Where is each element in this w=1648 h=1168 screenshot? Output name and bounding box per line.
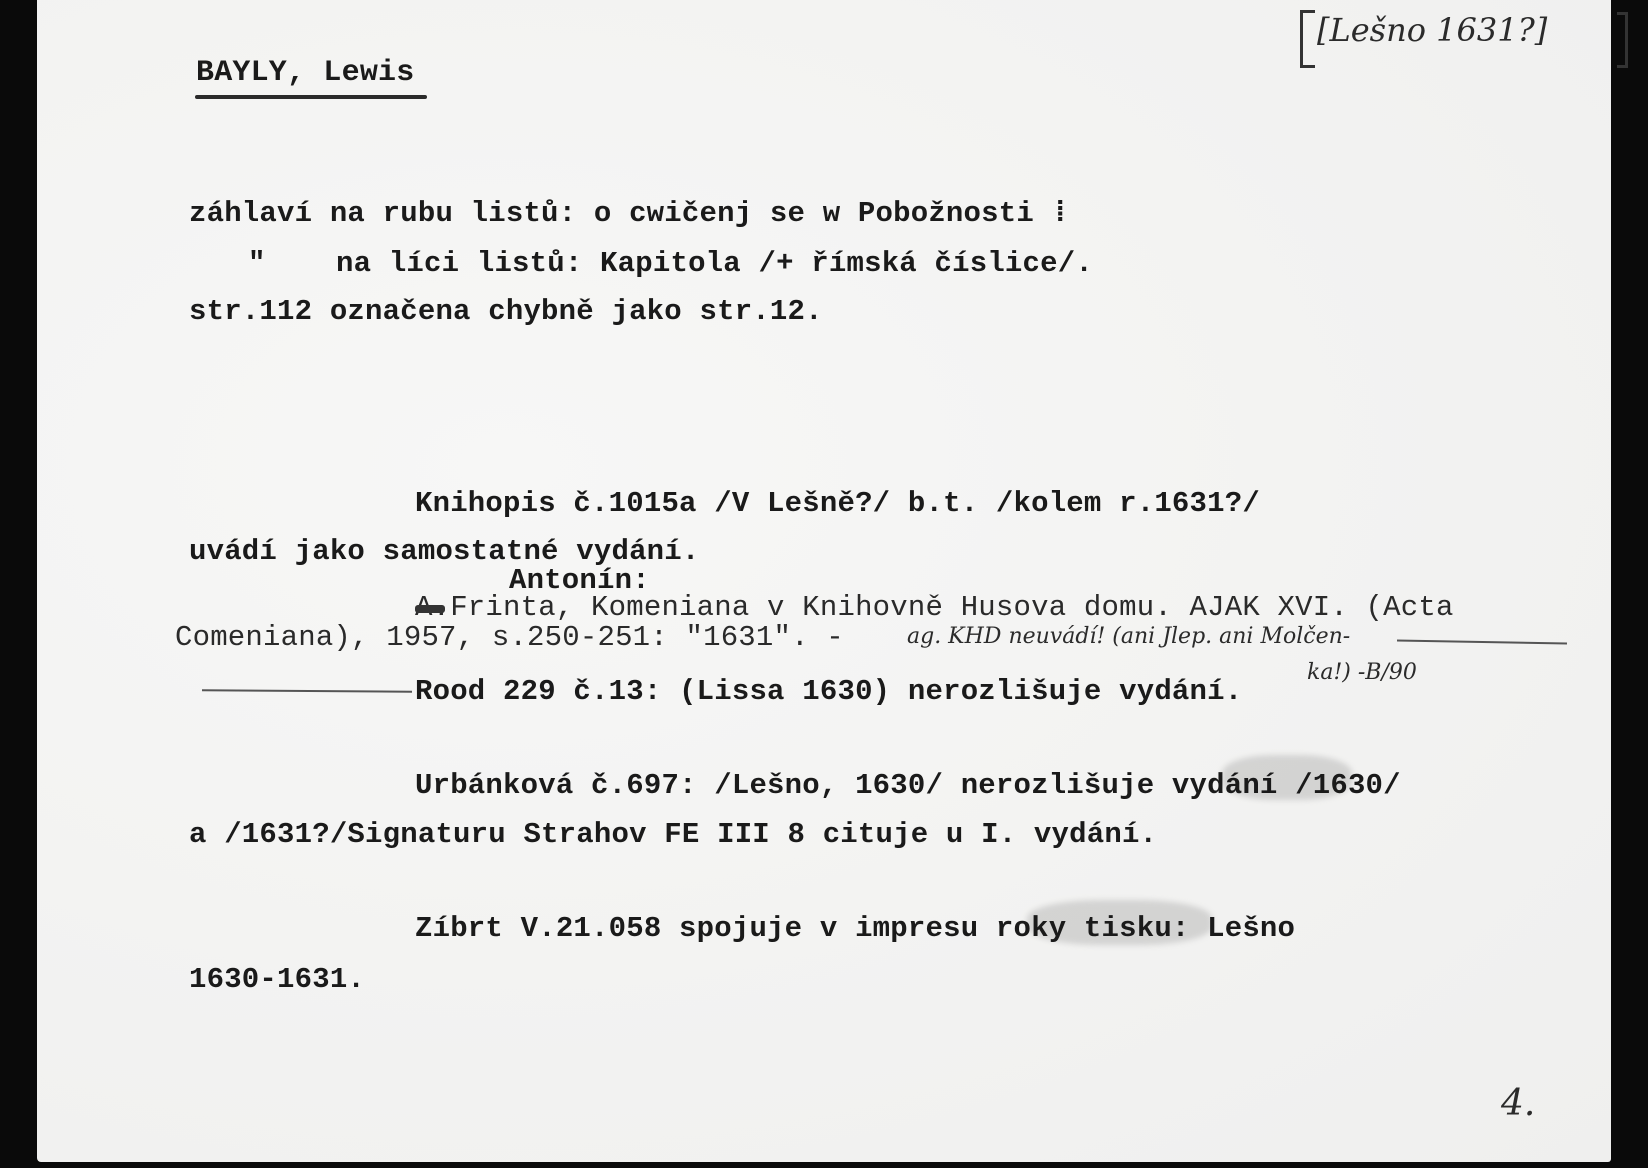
typed-line-2: " na líci listů: Kapitola /+ římská čísl… <box>248 249 1093 278</box>
handwritten-note-2: ka!) -B/90 <box>1307 662 1417 684</box>
typed-line-uvadi: uvádí jako samostatné vydání. <box>189 537 699 566</box>
catalog-card: BAYLY, Lewis [Lešno 1631?] záhlaví na ru… <box>37 0 1611 1162</box>
annotation-arrow-line <box>1397 640 1567 645</box>
typed-line-1: záhlaví na rubu listů: o cwičenj se w Po… <box>189 199 1069 228</box>
heading-underline <box>195 95 427 99</box>
typed-line-3: str.112 označena chybně jako str.12. <box>189 297 823 326</box>
page-number: 4. <box>1501 1086 1535 1122</box>
corner-annotation: [Lešno 1631?] <box>1317 14 1547 46</box>
strikeout-a <box>415 605 445 613</box>
card-heading: BAYLY, Lewis <box>196 58 414 88</box>
comeniana-underline <box>202 689 412 692</box>
typed-line-frinta: A.Frinta, Komeniana v Knihovně Husova do… <box>415 593 1454 622</box>
typed-line-signatura: a /1631?/Signaturu Strahov FE III 8 citu… <box>189 820 1157 849</box>
typed-line-urbankova: Urbánková č.697: /Lešno, 1630/ nerozlišu… <box>415 771 1401 800</box>
typed-line-knihopis: Knihopis č.1015a /V Lešně?/ b.t. /kolem … <box>415 489 1260 518</box>
typed-line-zibrt: Zíbrt V.21.058 spojuje v impresu roky ti… <box>415 914 1295 943</box>
typed-line-comeniana: Comeniana), 1957, s.250-251: "1631". - <box>175 623 844 652</box>
typed-line-rood: Rood 229 č.13: (Lissa 1630) nerozlišuje … <box>415 677 1242 706</box>
typed-line-years: 1630-1631. <box>189 965 365 994</box>
bracket-left-icon <box>1300 10 1315 68</box>
handwritten-note-1: ag. KHD neuvádí! (ani Jlep. ani Molčen- <box>907 626 1350 648</box>
bracket-right-icon <box>1617 12 1628 68</box>
